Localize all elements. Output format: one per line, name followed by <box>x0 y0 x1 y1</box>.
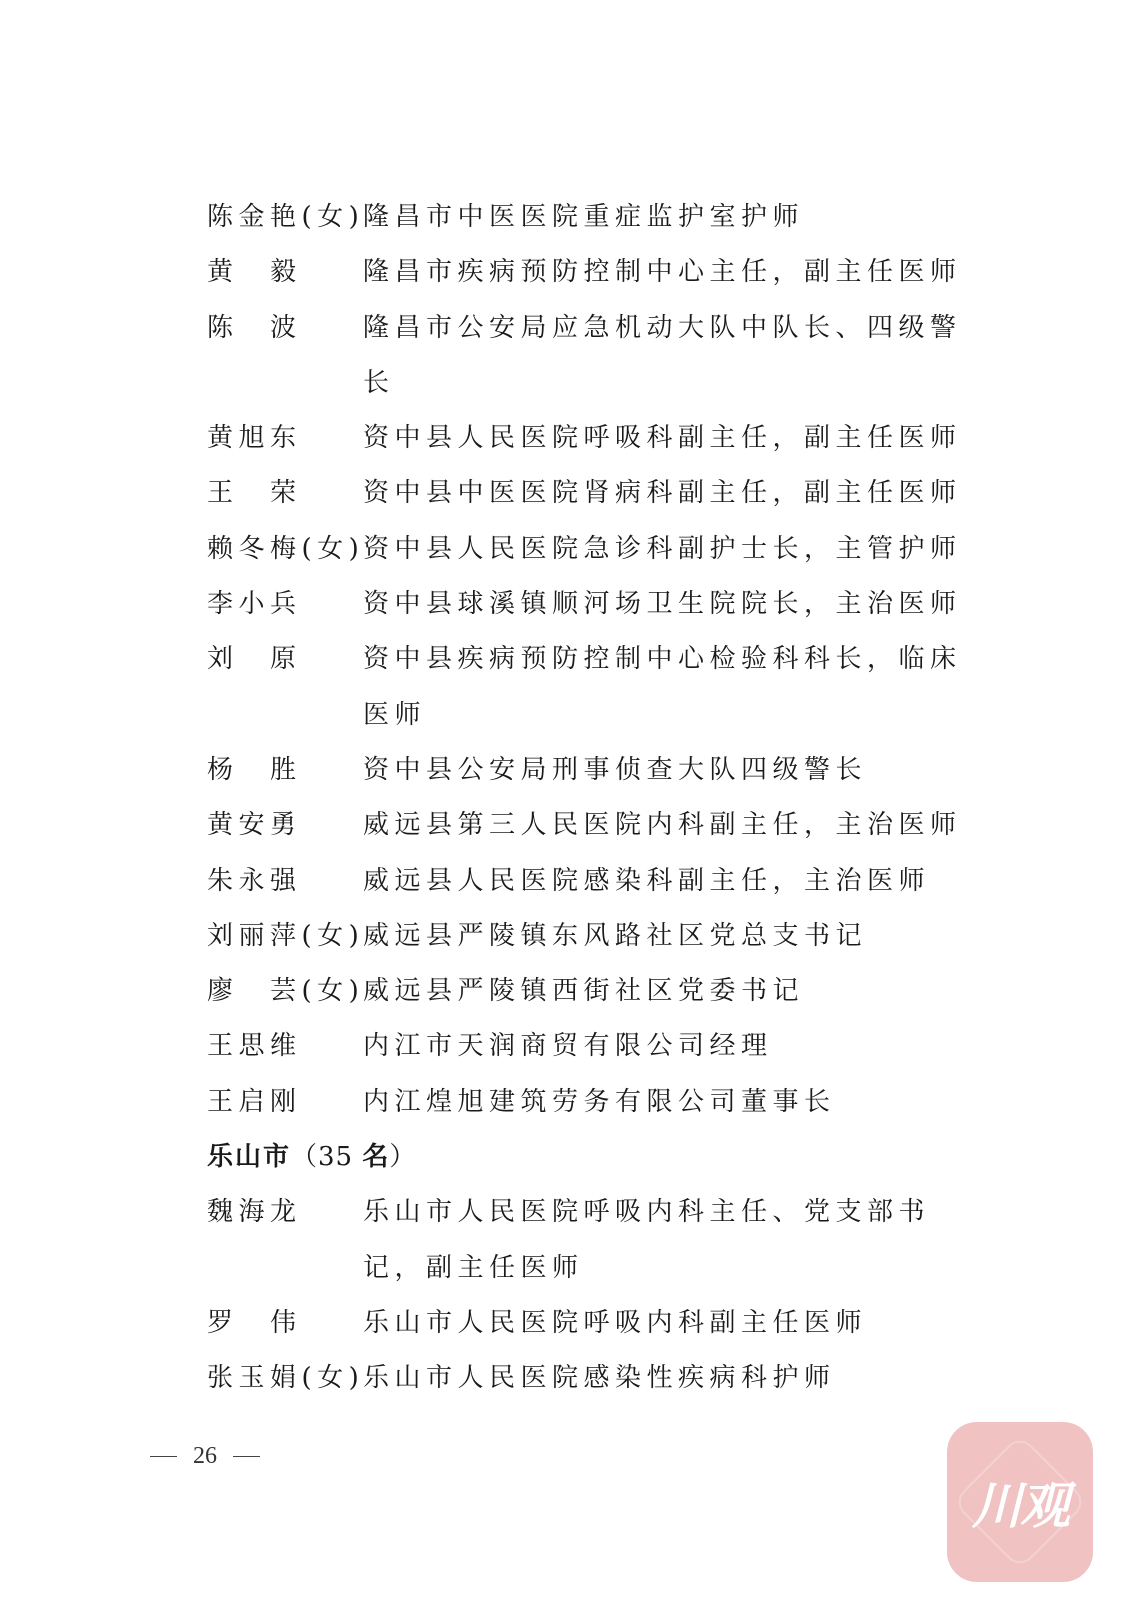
count-close: ） <box>389 1142 416 1172</box>
title-line: 威远县严陵镇东风路社区党总支书记 <box>363 915 967 970</box>
person-title: 隆昌市中医医院重症监护室护师 <box>363 196 967 251</box>
page-number: 26 <box>150 1443 260 1470</box>
list-item: 李小兵 资中县球溪镇顺河场卫生院院长，主治医师 <box>207 583 967 638</box>
count-open: （35 <box>291 1142 362 1172</box>
person-name: 罗 伟 <box>207 1302 363 1344</box>
title-line: 资中县疾病预防控制中心检验科科长，临床 <box>363 638 967 693</box>
person-name: 黄旭东 <box>207 417 363 459</box>
title-line: 记，副主任医师 <box>363 1247 967 1302</box>
person-name: 陈 波 <box>207 307 363 349</box>
title-line: 威远县第三人民医院内科副主任，主治医师 <box>363 804 967 859</box>
person-title: 资中县球溪镇顺河场卫生院院长，主治医师 <box>363 583 967 638</box>
list-item: 朱永强 威远县人民医院感染科副主任，主治医师 <box>207 860 967 915</box>
list-item: 黄 毅 隆昌市疾病预防控制中心主任，副主任医师 <box>207 251 967 306</box>
person-title: 隆昌市疾病预防控制中心主任，副主任医师 <box>363 251 967 306</box>
section-city: 乐山市 <box>207 1142 291 1172</box>
watermark-logo: 川观 <box>947 1422 1093 1582</box>
person-title: 威远县严陵镇西街社区党委书记 <box>363 970 967 1025</box>
dash-left <box>150 1456 177 1458</box>
title-line: 资中县公安局刑事侦查大队四级警长 <box>363 749 967 804</box>
count-unit: 名 <box>362 1142 389 1172</box>
person-name: 刘丽萍(女) <box>207 915 363 957</box>
title-line: 资中县人民医院呼吸科副主任，副主任医师 <box>363 417 967 472</box>
list-item: 魏海龙 乐山市人民医院呼吸内科主任、党支部书 记，副主任医师 <box>207 1191 967 1302</box>
list-item: 赖冬梅(女) 资中县人民医院急诊科副护士长，主管护师 <box>207 528 967 583</box>
title-line: 资中县球溪镇顺河场卫生院院长，主治医师 <box>363 583 967 638</box>
person-title: 威远县人民医院感染科副主任，主治医师 <box>363 860 967 915</box>
person-title: 内江煌旭建筑劳务有限公司董事长 <box>363 1081 967 1136</box>
title-line: 医师 <box>363 694 967 749</box>
title-line: 威远县严陵镇西街社区党委书记 <box>363 970 967 1025</box>
list-item: 陈金艳(女) 隆昌市中医医院重症监护室护师 <box>207 196 967 251</box>
title-line: 内江煌旭建筑劳务有限公司董事长 <box>363 1081 967 1136</box>
title-line: 乐山市人民医院呼吸内科主任、党支部书 <box>363 1191 967 1246</box>
person-name: 王 荣 <box>207 472 363 514</box>
watermark-text: 川观 <box>972 1466 1068 1538</box>
person-name: 张玉娟(女) <box>207 1357 363 1399</box>
list-item: 陈 波 隆昌市公安局应急机动大队中队长、四级警 长 <box>207 307 967 418</box>
list-item: 黄旭东 资中县人民医院呼吸科副主任，副主任医师 <box>207 417 967 472</box>
person-title: 内江市天润商贸有限公司经理 <box>363 1025 967 1080</box>
list-item: 刘 原 资中县疾病预防控制中心检验科科长，临床 医师 <box>207 638 967 749</box>
person-title: 威远县严陵镇东风路社区党总支书记 <box>363 915 967 970</box>
list-item: 王思维 内江市天润商贸有限公司经理 <box>207 1025 967 1080</box>
list-item: 王 荣 资中县中医医院肾病科副主任，副主任医师 <box>207 472 967 527</box>
person-title: 资中县人民医院急诊科副护士长，主管护师 <box>363 528 967 583</box>
dash-right <box>233 1456 260 1458</box>
title-line: 隆昌市疾病预防控制中心主任，副主任医师 <box>363 251 967 306</box>
list-item: 黄安勇 威远县第三人民医院内科副主任，主治医师 <box>207 804 967 859</box>
document-body: 陈金艳(女) 隆昌市中医医院重症监护室护师 黄 毅 隆昌市疾病预防控制中心主任，… <box>207 196 967 1413</box>
person-title: 资中县人民医院呼吸科副主任，副主任医师 <box>363 417 967 472</box>
list-item: 王启刚 内江煌旭建筑劳务有限公司董事长 <box>207 1081 967 1136</box>
page-number-value: 26 <box>193 1443 217 1470</box>
title-line: 内江市天润商贸有限公司经理 <box>363 1025 967 1080</box>
person-title: 乐山市人民医院感染性疾病科护师 <box>363 1357 967 1412</box>
person-title: 资中县中医医院肾病科副主任，副主任医师 <box>363 472 967 527</box>
list-item: 罗 伟 乐山市人民医院呼吸内科副主任医师 <box>207 1302 967 1357</box>
person-name: 刘 原 <box>207 638 363 680</box>
person-name: 赖冬梅(女) <box>207 528 363 570</box>
person-name: 魏海龙 <box>207 1191 363 1233</box>
person-name: 李小兵 <box>207 583 363 625</box>
person-name: 王启刚 <box>207 1081 363 1123</box>
person-title: 乐山市人民医院呼吸内科副主任医师 <box>363 1302 967 1357</box>
list-item: 廖 芸(女) 威远县严陵镇西街社区党委书记 <box>207 970 967 1025</box>
person-name: 朱永强 <box>207 860 363 902</box>
person-name: 廖 芸(女) <box>207 970 363 1012</box>
person-title: 资中县公安局刑事侦查大队四级警长 <box>363 749 967 804</box>
section-count: （35 名） <box>291 1142 416 1172</box>
title-line: 资中县中医医院肾病科副主任，副主任医师 <box>363 472 967 527</box>
person-name: 黄安勇 <box>207 804 363 846</box>
person-name: 黄 毅 <box>207 251 363 293</box>
list-item: 杨 胜 资中县公安局刑事侦查大队四级警长 <box>207 749 967 804</box>
person-title: 资中县疾病预防控制中心检验科科长，临床 医师 <box>363 638 967 749</box>
title-line: 威远县人民医院感染科副主任，主治医师 <box>363 860 967 915</box>
person-name: 陈金艳(女) <box>207 196 363 238</box>
title-line: 乐山市人民医院感染性疾病科护师 <box>363 1357 967 1412</box>
list-item: 刘丽萍(女) 威远县严陵镇东风路社区党总支书记 <box>207 915 967 970</box>
person-title: 乐山市人民医院呼吸内科主任、党支部书 记，副主任医师 <box>363 1191 967 1302</box>
person-title: 威远县第三人民医院内科副主任，主治医师 <box>363 804 967 859</box>
title-line: 隆昌市公安局应急机动大队中队长、四级警 <box>363 307 967 362</box>
person-name: 杨 胜 <box>207 749 363 791</box>
person-title: 隆昌市公安局应急机动大队中队长、四级警 长 <box>363 307 967 418</box>
section-heading: 乐山市（35 名） <box>207 1136 967 1191</box>
title-line: 隆昌市中医医院重症监护室护师 <box>363 196 967 251</box>
title-line: 长 <box>363 362 967 417</box>
person-name: 王思维 <box>207 1025 363 1067</box>
title-line: 资中县人民医院急诊科副护士长，主管护师 <box>363 528 967 583</box>
list-item: 张玉娟(女) 乐山市人民医院感染性疾病科护师 <box>207 1357 967 1412</box>
title-line: 乐山市人民医院呼吸内科副主任医师 <box>363 1302 967 1357</box>
